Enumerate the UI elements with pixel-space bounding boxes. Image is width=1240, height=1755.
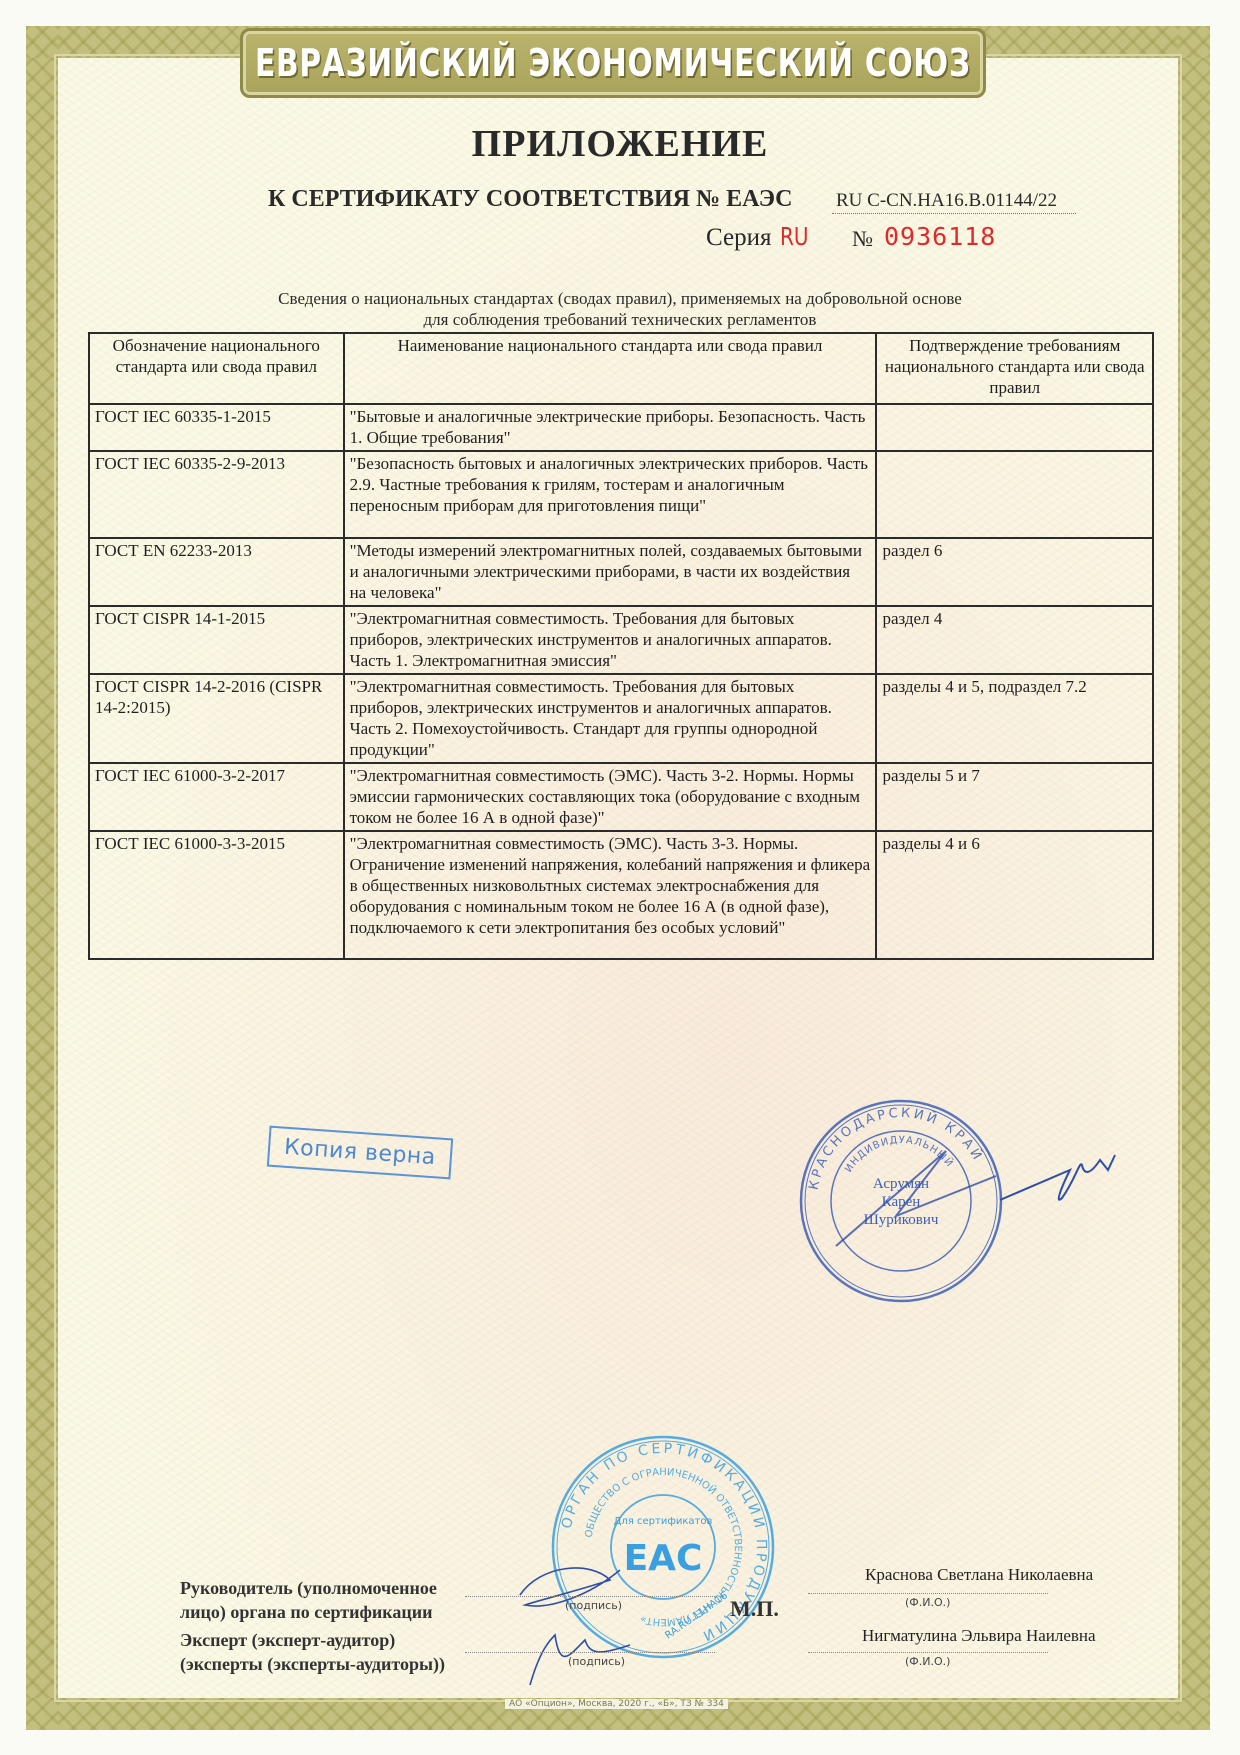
expert-label-line-1: Эксперт (эксперт-аудитор) xyxy=(180,1628,445,1652)
signatures-ink-icon xyxy=(500,1560,640,1690)
seal-place-mark: М.П. xyxy=(730,1596,779,1622)
table-header-row: Обозначение национального стандарта или … xyxy=(89,333,1153,404)
table-intro: Сведения о национальных стандартах (свод… xyxy=(0,288,1240,330)
document-subtitle: К СЕРТИФИКАТУ СООТВЕТСТВИЯ № ЕАЭС xyxy=(268,186,792,213)
head-name-line xyxy=(808,1593,1048,1594)
cell-name: "Бытовые и аналогичные электрические при… xyxy=(344,404,877,451)
cell-designation: ГОСТ EN 62233-2013 xyxy=(89,538,344,606)
expert-signature-line xyxy=(465,1652,715,1653)
head-fio-caption: (Ф.И.О.) xyxy=(905,1596,950,1609)
table-row: ГОСТ CISPR 14-1-2015"Электромагнитная со… xyxy=(89,606,1153,674)
cell-confirmation xyxy=(876,404,1153,451)
entrepreneur-seal-icon: КРАСНОДАРСКИЙ КРАЙ ИНДИВИДУАЛЬНЫЙ Асрумя… xyxy=(796,1096,1006,1306)
banner-title: ЕВРАЗИЙСКИЙ ЭКОНОМИЧЕСКИЙ СОЮЗ xyxy=(255,41,971,85)
cell-name: "Методы измерений электромагнитных полей… xyxy=(344,538,877,606)
table-row: ГОСТ IEC 60335-2-9-2013"Безопасность быт… xyxy=(89,451,1153,538)
column-header-confirmation: Подтверждение требованиям национального … xyxy=(876,333,1153,404)
expert-fio-caption: (Ф.И.О.) xyxy=(905,1655,950,1668)
expert-signature-caption: (подпись) xyxy=(568,1655,625,1668)
cell-designation: ГОСТ IEC 60335-2-9-2013 xyxy=(89,451,344,538)
cell-name: "Электромагнитная совместимость. Требова… xyxy=(344,674,877,763)
cell-name: "Электромагнитная совместимость (ЭМС). Ч… xyxy=(344,831,877,959)
document-title: ПРИЛОЖЕНИЕ xyxy=(0,122,1240,166)
expert-label: Эксперт (эксперт-аудитор) (эксперты (экс… xyxy=(180,1628,445,1676)
head-signature-caption: (подпись) xyxy=(565,1599,622,1612)
printer-imprint: АО «Опцион», Москва, 2020 г., «Б», ТЗ № … xyxy=(505,1699,728,1709)
form-number-label: № xyxy=(852,226,873,252)
cell-name: "Электромагнитная совместимость (ЭМС). Ч… xyxy=(344,763,877,831)
series-label: Серия xyxy=(706,224,771,252)
cell-confirmation: разделы 5 и 7 xyxy=(876,763,1153,831)
head-label-line-2: лицо) органа по сертификации xyxy=(180,1600,437,1624)
head-of-body-label: Руководитель (уполномоченное лицо) орган… xyxy=(180,1576,437,1624)
column-header-name: Наименование национального стандарта или… xyxy=(344,333,877,404)
expert-label-line-2: (эксперты (эксперты-аудиторы)) xyxy=(180,1652,445,1676)
cell-confirmation: раздел 6 xyxy=(876,538,1153,606)
intro-line-1: Сведения о национальных стандартах (свод… xyxy=(0,288,1240,309)
cell-name: "Безопасность бытовых и аналогичных элек… xyxy=(344,451,877,538)
table-row: ГОСТ IEC 61000-3-2-2017"Электромагнитная… xyxy=(89,763,1153,831)
cell-name: "Электромагнитная совместимость. Требова… xyxy=(344,606,877,674)
head-label-line-1: Руководитель (уполномоченное xyxy=(180,1576,437,1600)
form-number-value: 0936118 xyxy=(884,222,996,251)
cell-designation: ГОСТ CISPR 14-1-2015 xyxy=(89,606,344,674)
cell-designation: ГОСТ IEC 61000-3-2-2017 xyxy=(89,763,344,831)
expert-name-line xyxy=(808,1652,1048,1653)
table-row: ГОСТ IEC 61000-3-3-2015"Электромагнитная… xyxy=(89,831,1153,959)
seal-inner-text: ИНДИВИДУАЛЬНЫЙ xyxy=(843,1135,956,1175)
table-row: ГОСТ CISPR 14-2-2016 (CISPR 14-2:2015)"Э… xyxy=(89,674,1153,763)
table-row: ГОСТ IEC 60335-1-2015"Бытовые и аналогич… xyxy=(89,404,1153,451)
cell-designation: ГОСТ IEC 61000-3-3-2015 xyxy=(89,831,344,959)
head-name: Краснова Светлана Николаевна xyxy=(865,1565,1093,1585)
cell-confirmation: разделы 4 и 6 xyxy=(876,831,1153,959)
svg-text:ИНДИВИДУАЛЬНЫЙ: ИНДИВИДУАЛЬНЫЙ xyxy=(843,1135,956,1175)
cell-designation: ГОСТ CISPR 14-2-2016 (CISPR 14-2:2015) xyxy=(89,674,344,763)
cell-confirmation xyxy=(876,451,1153,538)
head-signature-line xyxy=(465,1596,715,1597)
cell-confirmation: раздел 4 xyxy=(876,606,1153,674)
intro-line-2: для соблюдения требований технических ре… xyxy=(0,309,1240,330)
eaeu-banner: ЕВРАЗИЙСКИЙ ЭКОНОМИЧЕСКИЙ СОЮЗ xyxy=(240,28,986,98)
expert-name: Нигматулина Эльвира Наилевна xyxy=(862,1626,1096,1646)
column-header-designation: Обозначение национального стандарта или … xyxy=(89,333,344,404)
cell-confirmation: разделы 4 и 5, подраздел 7.2 xyxy=(876,674,1153,763)
certificate-number: RU C-CN.HA16.B.01144/22 xyxy=(832,190,1076,214)
series-value: RU xyxy=(780,222,809,251)
standards-table: Обозначение национального стандарта или … xyxy=(88,332,1154,960)
cb-seal-center-caption: Для сертификатов xyxy=(614,1516,713,1527)
entrepreneur-signature-icon xyxy=(1000,1140,1120,1220)
table-row: ГОСТ EN 62233-2013"Методы измерений элек… xyxy=(89,538,1153,606)
cell-designation: ГОСТ IEC 60335-1-2015 xyxy=(89,404,344,451)
